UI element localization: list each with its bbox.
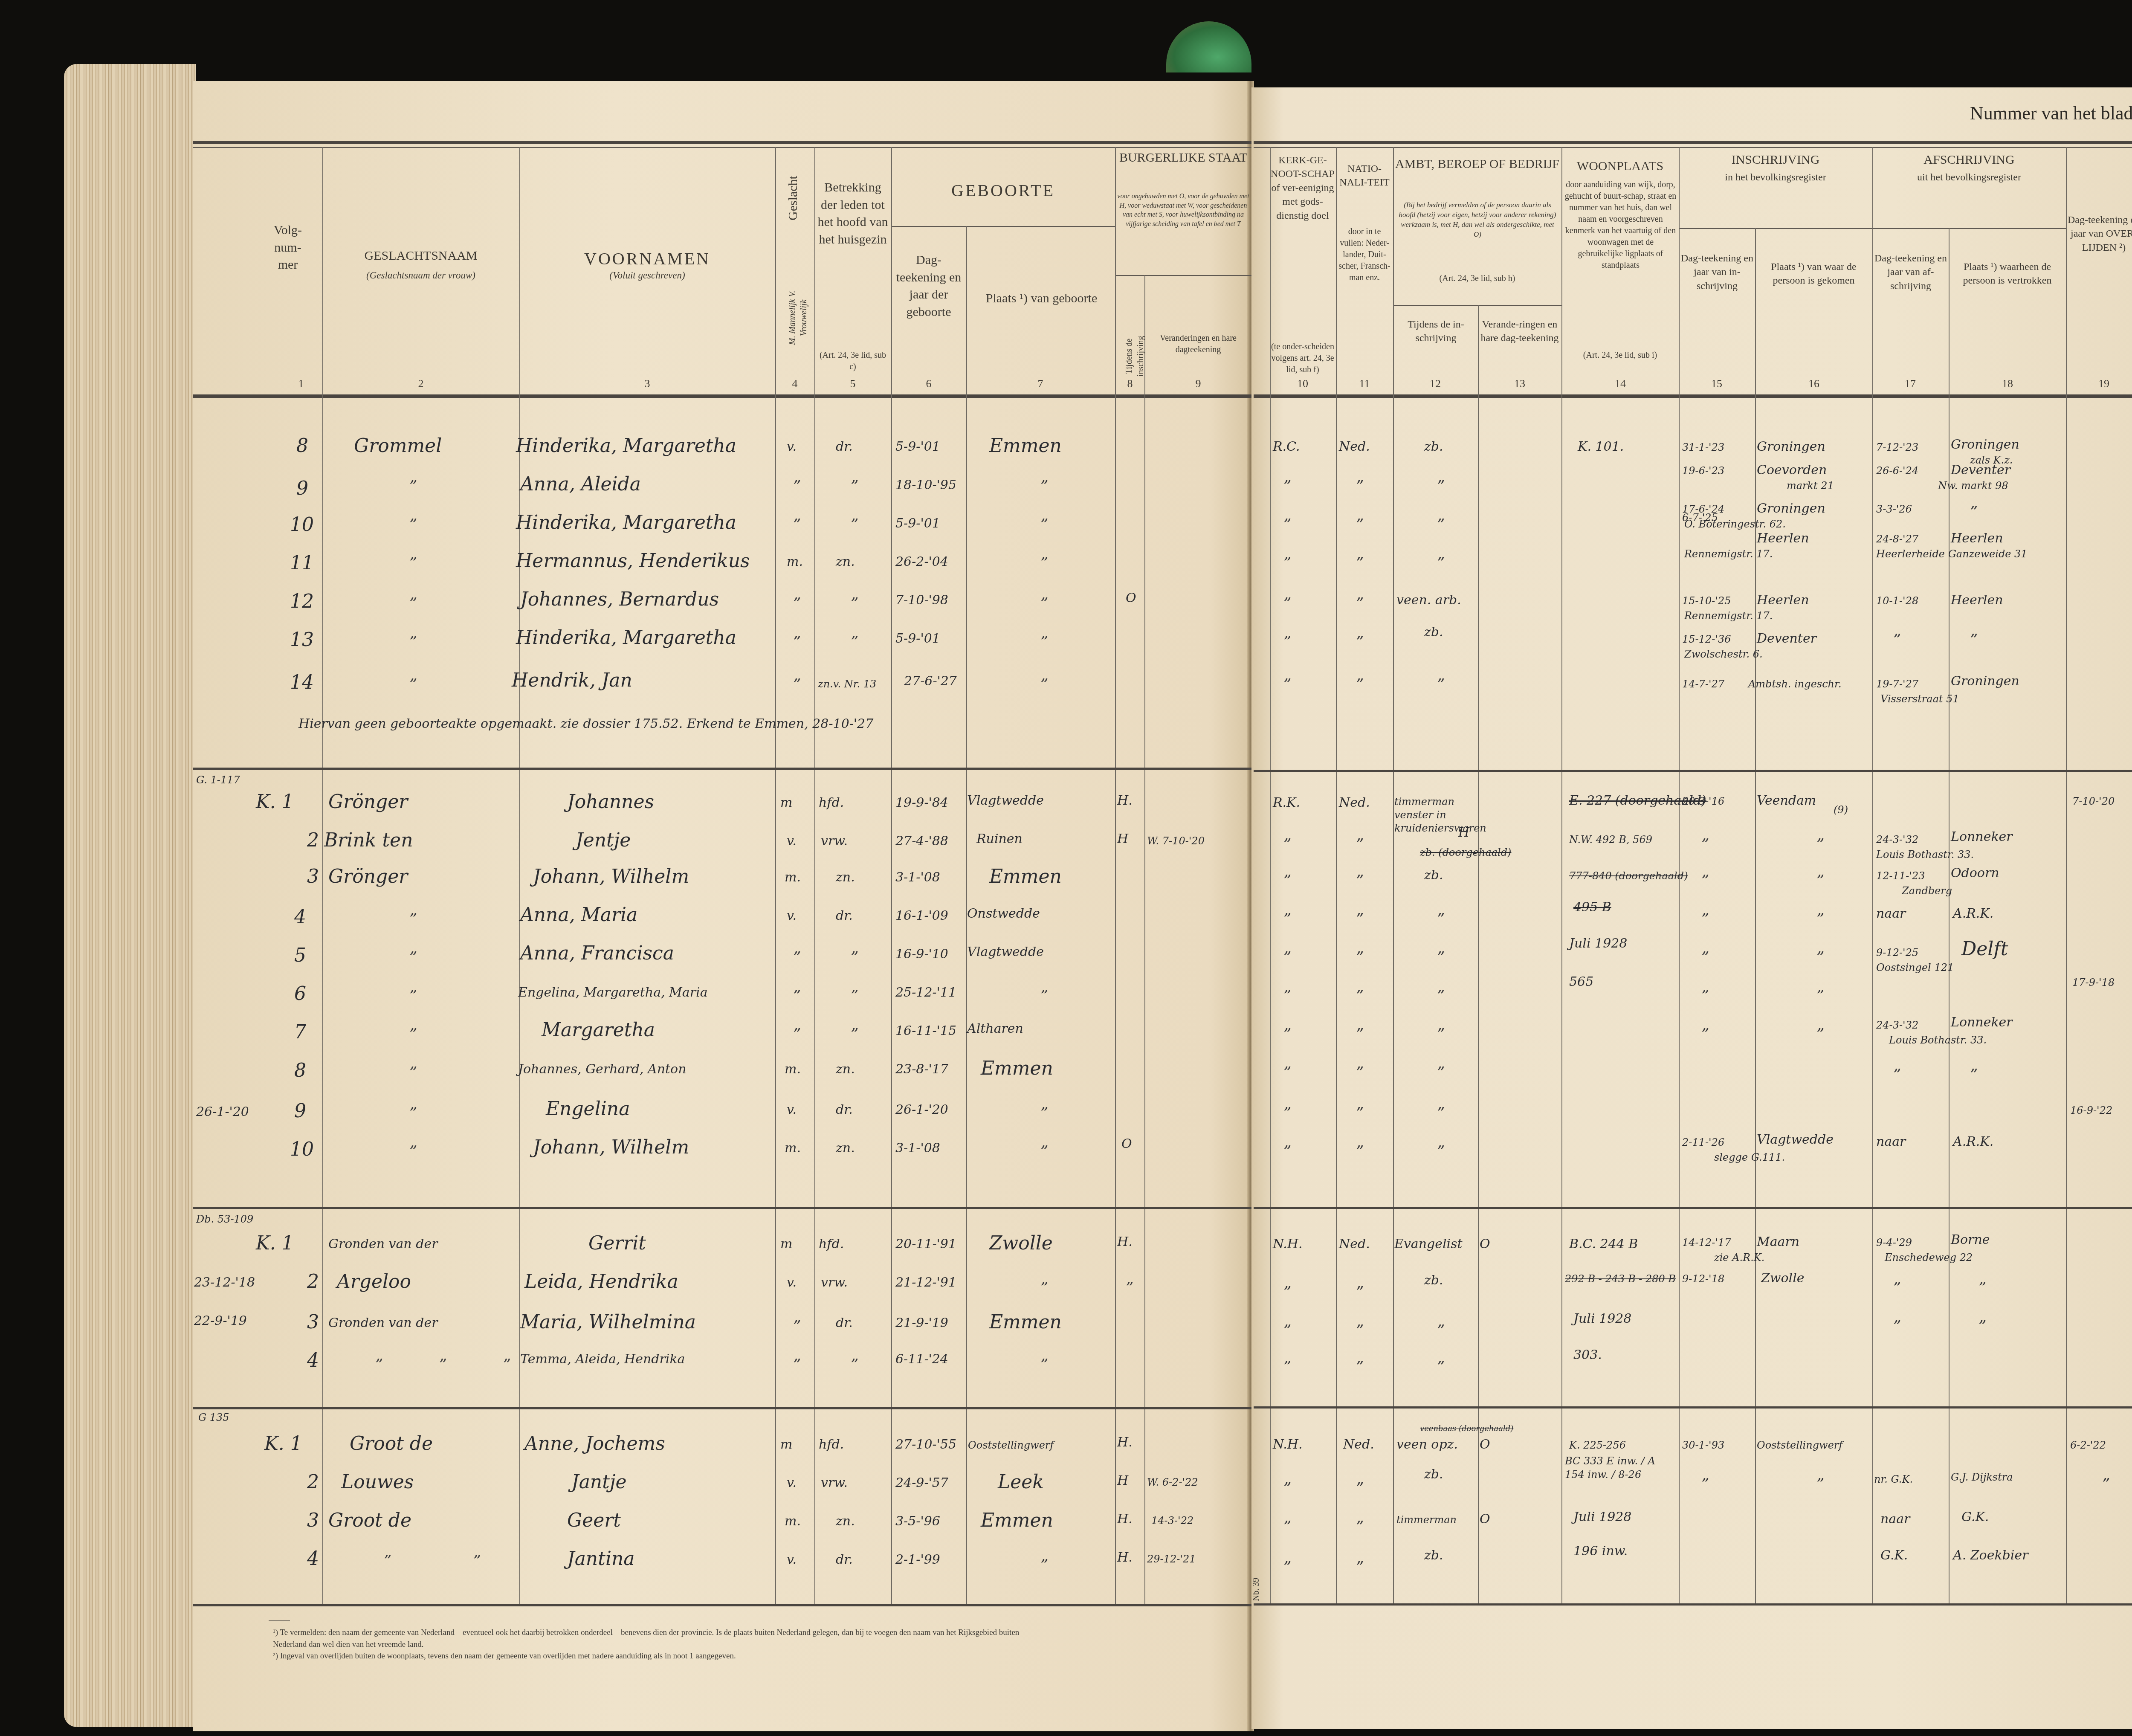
cell-given: Johannes, Gerhard, Anton <box>518 1062 686 1077</box>
colnum-18: 18 <box>1986 377 2029 390</box>
col-divider-3 <box>775 147 776 1606</box>
cell-birth-place: ” <box>1040 1143 1048 1160</box>
cell-nationality: ” <box>1356 910 1364 928</box>
cell-in-from: Heerlen <box>1757 593 1809 608</box>
household-separator-1-left <box>193 768 1251 770</box>
cell-sex: m. <box>785 1062 801 1077</box>
cell-birth-place: Emmen <box>981 1510 1053 1531</box>
cell-out-to: ” <box>1970 631 1978 649</box>
cell-nationality: ” <box>1356 1518 1364 1536</box>
cell-out-date: 24-3-'32 <box>1876 834 1918 846</box>
cell-civil-status: O <box>1121 1136 1132 1151</box>
cell-nr: 14 <box>290 672 314 693</box>
cell-sex: m <box>780 1237 792 1252</box>
household-note: Hiervan geen geboorteakte opgemaakt. zie… <box>298 716 873 731</box>
cell-in-from: ” <box>1816 910 1824 928</box>
cell-given: Anna, Maria <box>520 904 637 926</box>
header-burgerlijke-staat: BURGERLIJKE STAAT <box>1115 149 1251 167</box>
cell-nationality: ” <box>1356 516 1364 533</box>
cell-nr: 8 <box>296 435 308 457</box>
cell-nr: 4 <box>307 1350 319 1371</box>
cell-out-to: G.K. <box>1961 1510 1989 1524</box>
cell-occupation: veen opz. <box>1396 1437 1458 1452</box>
cell-surname: Brink ten <box>324 829 413 851</box>
cell-church: ” <box>1283 1104 1291 1122</box>
header-burgerlijke-sub: voor ongehuwden met O, voor de gehuwden … <box>1117 192 1249 229</box>
cell-sex: ” <box>793 595 801 612</box>
cell-relation: vrw. <box>821 1275 848 1290</box>
cell-given: Jentje <box>576 829 631 851</box>
cell-birth-place: ” <box>1040 1356 1048 1374</box>
cell-birth-date: 6-11-'24 <box>895 1352 948 1367</box>
cell-birth-date: 3-5-'96 <box>895 1514 940 1529</box>
cell-church: ” <box>1283 949 1291 966</box>
cell-church: ” <box>1283 595 1291 612</box>
cell-birth-date: 7-10-'98 <box>895 593 948 608</box>
cell-out-to-note: Visserstraat 51 <box>1880 693 1959 705</box>
cell-relation: zn. <box>836 1062 855 1077</box>
cell-address: 196 inw. <box>1573 1544 1628 1559</box>
cell-in-date: ” <box>1701 987 1709 1005</box>
cell-sex: v. <box>787 1475 797 1490</box>
cell-in-date: 19-6-'23 <box>1682 465 1724 477</box>
cell-given: Hendrik, Jan <box>512 669 632 691</box>
header-top-rule-left-thin <box>193 147 1251 148</box>
cell-occupation: veen. arb. <box>1396 593 1461 608</box>
cell-birth-date: 20-11-'91 <box>895 1237 956 1252</box>
cell-out-to-note: Heerlerheide Ganzeweide 31 <box>1876 548 2028 560</box>
cell-birth-date: 19-9-'84 <box>895 795 948 810</box>
cell-nr: K. 1 <box>264 1433 302 1455</box>
cell-surname: ” <box>409 1143 417 1160</box>
colnum-5: 5 <box>831 377 874 390</box>
cell-nationality: ” <box>1356 1322 1364 1339</box>
cell-out-to: ” <box>1970 1066 1978 1084</box>
header-col6: Dag-teekening en jaar der geboorte <box>892 252 965 321</box>
col-divider-18 <box>2066 147 2067 1606</box>
cell-out-to: Deventer <box>1951 463 2010 478</box>
cell-surname: Groot de <box>350 1433 433 1455</box>
cell-nr: 8 <box>294 1060 306 1081</box>
cell-nr: 2 <box>307 1271 319 1293</box>
cell-relation: vrw. <box>821 834 848 849</box>
header-ambt-art: (Art. 24, 3e lid, sub h) <box>1393 273 1561 284</box>
cell-in-date: 9-12-'18 <box>1682 1273 1724 1285</box>
cell-surname: Grönger <box>328 866 408 887</box>
cell-occupation: ” <box>1437 1104 1445 1122</box>
header-col7: Plaats ¹) van geboorte <box>968 290 1115 307</box>
cell-church: ” <box>1283 633 1291 651</box>
cell-civil-status: H. <box>1117 793 1133 808</box>
cell-birth-date: 16-9-'10 <box>895 947 948 962</box>
cell-birth-date: 26-2-'04 <box>895 554 948 569</box>
cell-civil-status: H <box>1117 1473 1128 1488</box>
cell-relation: dr. <box>836 1316 853 1330</box>
cell-given: Anna, Francisca <box>520 942 674 964</box>
cell-given: Anne, Jochems <box>524 1433 665 1455</box>
cell-birth-place: ” <box>1040 1556 1048 1574</box>
cell-birth-date: 27-6-'27 <box>904 674 957 689</box>
cell-occupation: ” <box>1437 949 1445 966</box>
cell-given: Maria, Wilhelmina <box>520 1311 696 1333</box>
cell-relation: dr. <box>836 908 853 923</box>
cell-surname: ” <box>409 676 417 693</box>
cell-birth-date: 5-9-'01 <box>895 439 940 454</box>
cell-nr: 7 <box>294 1021 306 1043</box>
cell-relation: ” <box>851 516 858 533</box>
cell-surname: Argeloo <box>337 1271 411 1293</box>
cell-out-to-note: Louis Bothastr. 33. <box>1876 849 1974 861</box>
cell-birth-place: Ruinen <box>976 832 1023 846</box>
cell-out-to-note: Louis Bothastr. 33. <box>1889 1034 1987 1046</box>
cell-given: Leida, Hendrika <box>524 1271 678 1293</box>
cell-address: 565 <box>1569 974 1593 989</box>
cell-surname: Grommel <box>354 435 442 457</box>
cell-birth-place: ” <box>1040 1279 1048 1297</box>
header-col19: Dag-teekening en jaar van OVER-LIJDEN ²) <box>2067 213 2132 255</box>
cell-nr: 6 <box>294 983 306 1005</box>
cell-civil-status-change: 14-3-'22 <box>1151 1515 1193 1527</box>
cell-in-date: 30-1-'93 <box>1682 1439 1724 1451</box>
col-divider-2 <box>519 147 520 1606</box>
cell-nationality: ” <box>1356 1480 1364 1497</box>
cell-out-date: ” <box>1893 1318 1901 1335</box>
cell-out-date: naar <box>1876 906 1906 921</box>
cell-birth-place: Leek <box>998 1471 1044 1493</box>
cell-church: ” <box>1283 1559 1291 1576</box>
cell-birth-date: 2-1-'99 <box>895 1552 940 1567</box>
cell-occupation: zb. <box>1424 1548 1443 1563</box>
cell-sex: ” <box>793 1026 801 1043</box>
col-divider-15 <box>1755 228 1756 1606</box>
cell-out-to: Lonneker <box>1951 829 2013 844</box>
cell-given: Hermannus, Henderikus <box>516 550 750 572</box>
colnum-15: 15 <box>1695 377 1738 390</box>
colnum-16: 16 <box>1793 377 1835 390</box>
cell-out-to-note: Zandberg <box>1902 885 1952 897</box>
cell-relation: hfd. <box>819 1437 844 1452</box>
cell-in-from-note: Zwolschestr. 6. <box>1684 648 1763 660</box>
cell-church: ” <box>1283 910 1291 928</box>
cell-in-from: ” <box>1816 1475 1824 1493</box>
cell-church: R.C. <box>1273 439 1300 454</box>
cell-out-to: A.R.K. <box>1953 1134 1993 1149</box>
cell-nr: 3 <box>307 1311 319 1333</box>
header-col1: Volg- num- mer <box>256 222 320 274</box>
cell-out-date: naar <box>1876 1134 1906 1149</box>
header-col10: KERK-GE-NOOT-SCHAP of ver-eeniging met g… <box>1271 154 1335 223</box>
cell-nationality: ” <box>1356 676 1364 693</box>
cell-occupation: zb. <box>1424 868 1443 883</box>
afschrijving-group-rule <box>1872 228 2066 229</box>
cell-in-from-note: Rennemigstr. 17. <box>1684 548 1773 560</box>
colnum-11: 11 <box>1343 377 1386 390</box>
cell-civil-status-change: W. 6-2-'22 <box>1147 1476 1198 1488</box>
cell-given: Temma, Aleida, Hendrika <box>520 1352 685 1367</box>
cell-out-to-note: Enschedeweg 22 <box>1885 1252 1973 1264</box>
header-col14: WOONPLAATS <box>1561 158 1679 175</box>
cell-out-date: nr. G.K. <box>1874 1473 1913 1485</box>
header-col11: NATIO-NALI-TEIT <box>1337 162 1392 190</box>
cell-occupation: ” <box>1437 676 1445 693</box>
cell-sex: ” <box>793 633 801 651</box>
cell-surname: Groot de <box>328 1510 411 1531</box>
cell-occupation: ” <box>1437 554 1445 572</box>
cell-surname: ” <box>409 478 417 495</box>
cell-death: 17-9-'18 <box>2072 977 2115 988</box>
cell-in-date: ” <box>1701 949 1709 966</box>
cell-nationality: ” <box>1356 1284 1364 1301</box>
cell-out-date: 24-3-'32 <box>1876 1019 1918 1031</box>
col-divider-13 <box>1561 147 1562 1606</box>
cell-in-date: ” <box>1701 836 1709 853</box>
colnum-8: 8 <box>1109 377 1151 390</box>
cell-relation: vrw. <box>821 1475 848 1490</box>
cell-nationality: ” <box>1356 836 1364 853</box>
cell-birth-place: Emmen <box>989 1311 1062 1333</box>
cell-birth-date: 3-1-'08 <box>895 1141 940 1156</box>
cell-relation: ” <box>851 1356 858 1374</box>
cell-given: Jantje <box>571 1471 627 1493</box>
header-col11-sub: door in te vullen: Neder-lander, Duit-sc… <box>1337 226 1392 284</box>
cell-date-left-margin: 23-12-'18 <box>194 1275 255 1290</box>
header-bottom-rule-left <box>193 394 1251 398</box>
cell-civil-status: H. <box>1117 1235 1133 1249</box>
cell-relation: hfd. <box>819 1237 844 1252</box>
cell-in-from: Ambtsh. ingeschr. <box>1748 678 1842 690</box>
cell-in-date: 14-7-'27 <box>1682 678 1724 690</box>
cell-nationality: ” <box>1356 478 1364 495</box>
household-separator-3-right <box>1254 1406 2132 1409</box>
cell-birth-date: 16-11-'15 <box>895 1023 956 1038</box>
cell-birth-place: Onstwedde <box>967 906 1040 921</box>
cell-out-date: 24-8-'27 <box>1876 533 1918 545</box>
cell-relation: zn. <box>836 1141 855 1156</box>
header-col4-sub: M. Mannelijk V. Vrouwelijk <box>787 273 810 362</box>
footnote-rule <box>269 1620 290 1621</box>
cell-nationality: ” <box>1356 872 1364 890</box>
cell-surname: Grönger <box>328 791 408 813</box>
ambt-group-rule <box>1393 305 1561 306</box>
col-divider-11 <box>1393 147 1394 1606</box>
cell-date-left-margin: 22-9-'19 <box>194 1313 247 1328</box>
cell-church: ” <box>1283 1284 1291 1301</box>
cell-relation: ” <box>851 987 858 1005</box>
colnum-6: 6 <box>907 377 950 390</box>
header-col12: Tijdens de in-schrijving <box>1394 318 1477 345</box>
cell-sex: m <box>780 795 792 810</box>
colnum-13: 13 <box>1498 377 1541 390</box>
cell-out-date: 12-11-'23 <box>1876 870 1925 882</box>
colnum-3: 3 <box>626 377 669 390</box>
cell-death: 16-9-'22 <box>2070 1104 2112 1116</box>
cell-sex: ” <box>793 987 801 1005</box>
cell-birth-date: 5-9-'01 <box>895 631 940 646</box>
cell-surname: ” <box>409 1064 417 1081</box>
cell-occupation-crossed: veenbaas (doorgehaald) <box>1420 1424 1513 1433</box>
cell-in-date: 20-3-'16 <box>1682 795 1724 807</box>
cell-in-from: ” <box>1816 872 1824 890</box>
cell-nationality: Ned. <box>1339 795 1370 810</box>
cell-birth-date: 3-1-'08 <box>895 870 940 885</box>
colnum-10: 10 <box>1281 377 1324 390</box>
cell-sex: ” <box>793 949 801 966</box>
cell-birth-place: Vlagtwedde <box>967 945 1044 959</box>
col-divider-17 <box>1949 228 1950 1606</box>
header-geboorte: GEBOORTE <box>891 179 1115 202</box>
cell-in-date: 15-12-'36 <box>1682 633 1731 645</box>
cell-birth-place: Emmen <box>989 866 1062 887</box>
cell-sex: v. <box>787 1552 797 1567</box>
cell-civil-status: H <box>1117 832 1128 846</box>
cell-birth-date: 23-8-'17 <box>895 1062 948 1077</box>
cell-nr: 3 <box>307 866 319 887</box>
cell-given: Gerrit <box>588 1232 646 1254</box>
cell-birth-date: 21-12-'91 <box>895 1275 956 1290</box>
cell-sex: v. <box>787 1275 797 1290</box>
cell-church: ” <box>1283 1518 1291 1536</box>
cell-surname: ” <box>409 633 417 651</box>
household-ref: G 135 <box>198 1411 229 1423</box>
col-divider-1 <box>322 147 323 1606</box>
cell-occupation-change: H <box>1458 825 1469 840</box>
cell-in-date: ” <box>1701 910 1709 928</box>
cell-out-to-note: Oostsingel 121 <box>1876 962 1954 974</box>
cell-birth-date: 16-1-'09 <box>895 908 948 923</box>
cell-nationality: Ned. <box>1339 439 1370 454</box>
col-divider-5 <box>891 147 892 1606</box>
col-divider-8 <box>1144 275 1145 1606</box>
cell-sex: m. <box>787 554 803 569</box>
cell-civil-status-change: W. 7-10-'20 <box>1147 835 1205 847</box>
cell-nationality: ” <box>1356 949 1364 966</box>
cell-out-date: ” <box>1893 1279 1901 1297</box>
cell-in-from: ” <box>1816 836 1824 853</box>
cell-church: ” <box>1283 1358 1291 1376</box>
cell-nationality: ” <box>1356 1358 1364 1376</box>
cell-surname: ” <box>409 554 417 572</box>
cell-church: ” <box>1283 1143 1291 1160</box>
header-col5: Betrekking der leden tot het hoofd van h… <box>817 179 889 248</box>
cell-relation: hfd. <box>819 795 844 810</box>
cell-in-from: Deventer <box>1757 631 1816 646</box>
cell-nationality: Ned. <box>1339 1237 1370 1252</box>
cell-given: Johannes <box>567 791 654 813</box>
household-ref: Db. 53-109 <box>196 1213 253 1225</box>
cell-occupation: zb. (doorgehaald) <box>1420 846 1511 858</box>
cell-occupation: ” <box>1437 1322 1445 1339</box>
cell-given: Anna, Aleida <box>520 473 641 495</box>
cell-out-to: ” <box>1978 1318 1986 1335</box>
cell-in-from: Ooststellingwerf <box>1757 1439 1842 1451</box>
cell-sex: ” <box>793 478 801 495</box>
header-inschrijving: INSCHRIJVING <box>1679 151 1872 169</box>
cell-relation: zn. <box>836 1514 855 1529</box>
cell-nationality: ” <box>1356 595 1364 612</box>
cell-birth-date: 18-10-'95 <box>895 478 956 493</box>
cell-out-date: 9-4-'29 <box>1876 1237 1912 1249</box>
cell-occupation: ” <box>1437 1143 1445 1160</box>
cell-occupation: ” <box>1437 1026 1445 1043</box>
cell-out-date: ” <box>1893 631 1901 649</box>
cell-church: ” <box>1283 1064 1291 1081</box>
cell-civil-status: H. <box>1117 1512 1133 1527</box>
cell-birth-place: Altharen <box>967 1021 1023 1036</box>
page-stack-edge <box>64 64 196 1727</box>
header-col14-sub: door aanduiding van wijk, dorp, gehucht … <box>1564 179 1677 271</box>
cell-relation: dr. <box>836 1102 853 1117</box>
cell-given: Johann, Wilhelm <box>533 866 689 887</box>
cell-given: Engelina <box>546 1098 630 1120</box>
cell-birth-place: ” <box>1040 987 1048 1005</box>
header-col3: VOORNAMEN <box>519 247 775 270</box>
cell-address: B.C. 244 B <box>1569 1237 1638 1252</box>
cell-out-to: Heerlen <box>1951 531 2003 546</box>
cell-sex: v. <box>787 834 797 849</box>
header-col16: Plaats ¹) van waar de persoon is gekomen <box>1756 260 1871 288</box>
cell-out-to: Groningen <box>1951 437 2019 452</box>
header-inschrijving-sub: in het bevolkingsregister <box>1679 171 1872 184</box>
colnum-7: 7 <box>1019 377 1062 390</box>
cell-nationality: Ned. <box>1343 1437 1374 1452</box>
cell-out-date: 10-1-'28 <box>1876 595 1918 607</box>
cell-surname: ” <box>409 949 417 966</box>
cell-sex: v. <box>787 439 797 454</box>
geboorte-group-rule <box>891 226 1115 227</box>
col-divider-7 <box>1115 147 1116 1606</box>
cell-in-date: ” <box>1701 1026 1709 1043</box>
cell-relation: ” <box>851 633 858 651</box>
cell-out-to: Heerlen <box>1951 593 2003 608</box>
cell-given: Johann, Wilhelm <box>533 1136 689 1158</box>
cell-in-from: Coevorden <box>1757 463 1827 478</box>
cell-surname: Gronden van der <box>328 1237 438 1252</box>
household-ref: G. 1-117 <box>196 774 240 786</box>
cell-sex: m. <box>785 870 801 885</box>
cell-given: Hinderika, Margaretha <box>516 435 736 457</box>
cell-nr: 9 <box>296 478 308 499</box>
header-col5-sub: (Art. 24, 3e lid, sub c) <box>817 350 889 373</box>
col-divider-16 <box>1872 147 1873 1606</box>
cell-church: ” <box>1283 1480 1291 1497</box>
cell-surname: ” ” <box>384 1552 519 1570</box>
cell-death: 7-10-'20 <box>2072 795 2115 807</box>
cell-nr: 9 <box>294 1100 306 1122</box>
cell-address: BC 333 E inw. / A 154 inw. / 8-26 <box>1565 1454 1676 1482</box>
colnum-4: 4 <box>773 377 816 390</box>
header-col17: Dag-teekening en jaar van af-schrijving <box>1874 252 1948 293</box>
cell-nr: 10 <box>290 514 314 536</box>
cell-relation: ” <box>851 478 858 495</box>
cell-address: 303. <box>1573 1348 1602 1362</box>
cell-church: N.H. <box>1273 1437 1303 1452</box>
cell-relation: zn. <box>836 554 855 569</box>
cell-nr: K. 1 <box>256 791 294 813</box>
cell-address: K. 225-256 <box>1569 1439 1626 1451</box>
burgerlijke-group-rule <box>1115 275 1251 276</box>
cell-church: ” <box>1283 1026 1291 1043</box>
cell-birth-date: 5-9-'01 <box>895 516 940 531</box>
cell-in-date: ” <box>1701 1475 1709 1493</box>
cell-in-from-note: zie A.R.K. <box>1714 1252 1764 1264</box>
cell-nationality: ” <box>1356 1143 1364 1160</box>
cell-birth-place: Ooststellingwerf <box>968 1439 1054 1451</box>
cell-in-date: 6-7-'25 <box>1682 512 1718 524</box>
cell-nr: 4 <box>294 906 306 928</box>
header-col2-sub: (Geslachtsnaam der vrouw) <box>322 269 519 282</box>
cell-in-from: Veendam <box>1757 793 1816 808</box>
cell-church: ” <box>1283 554 1291 572</box>
